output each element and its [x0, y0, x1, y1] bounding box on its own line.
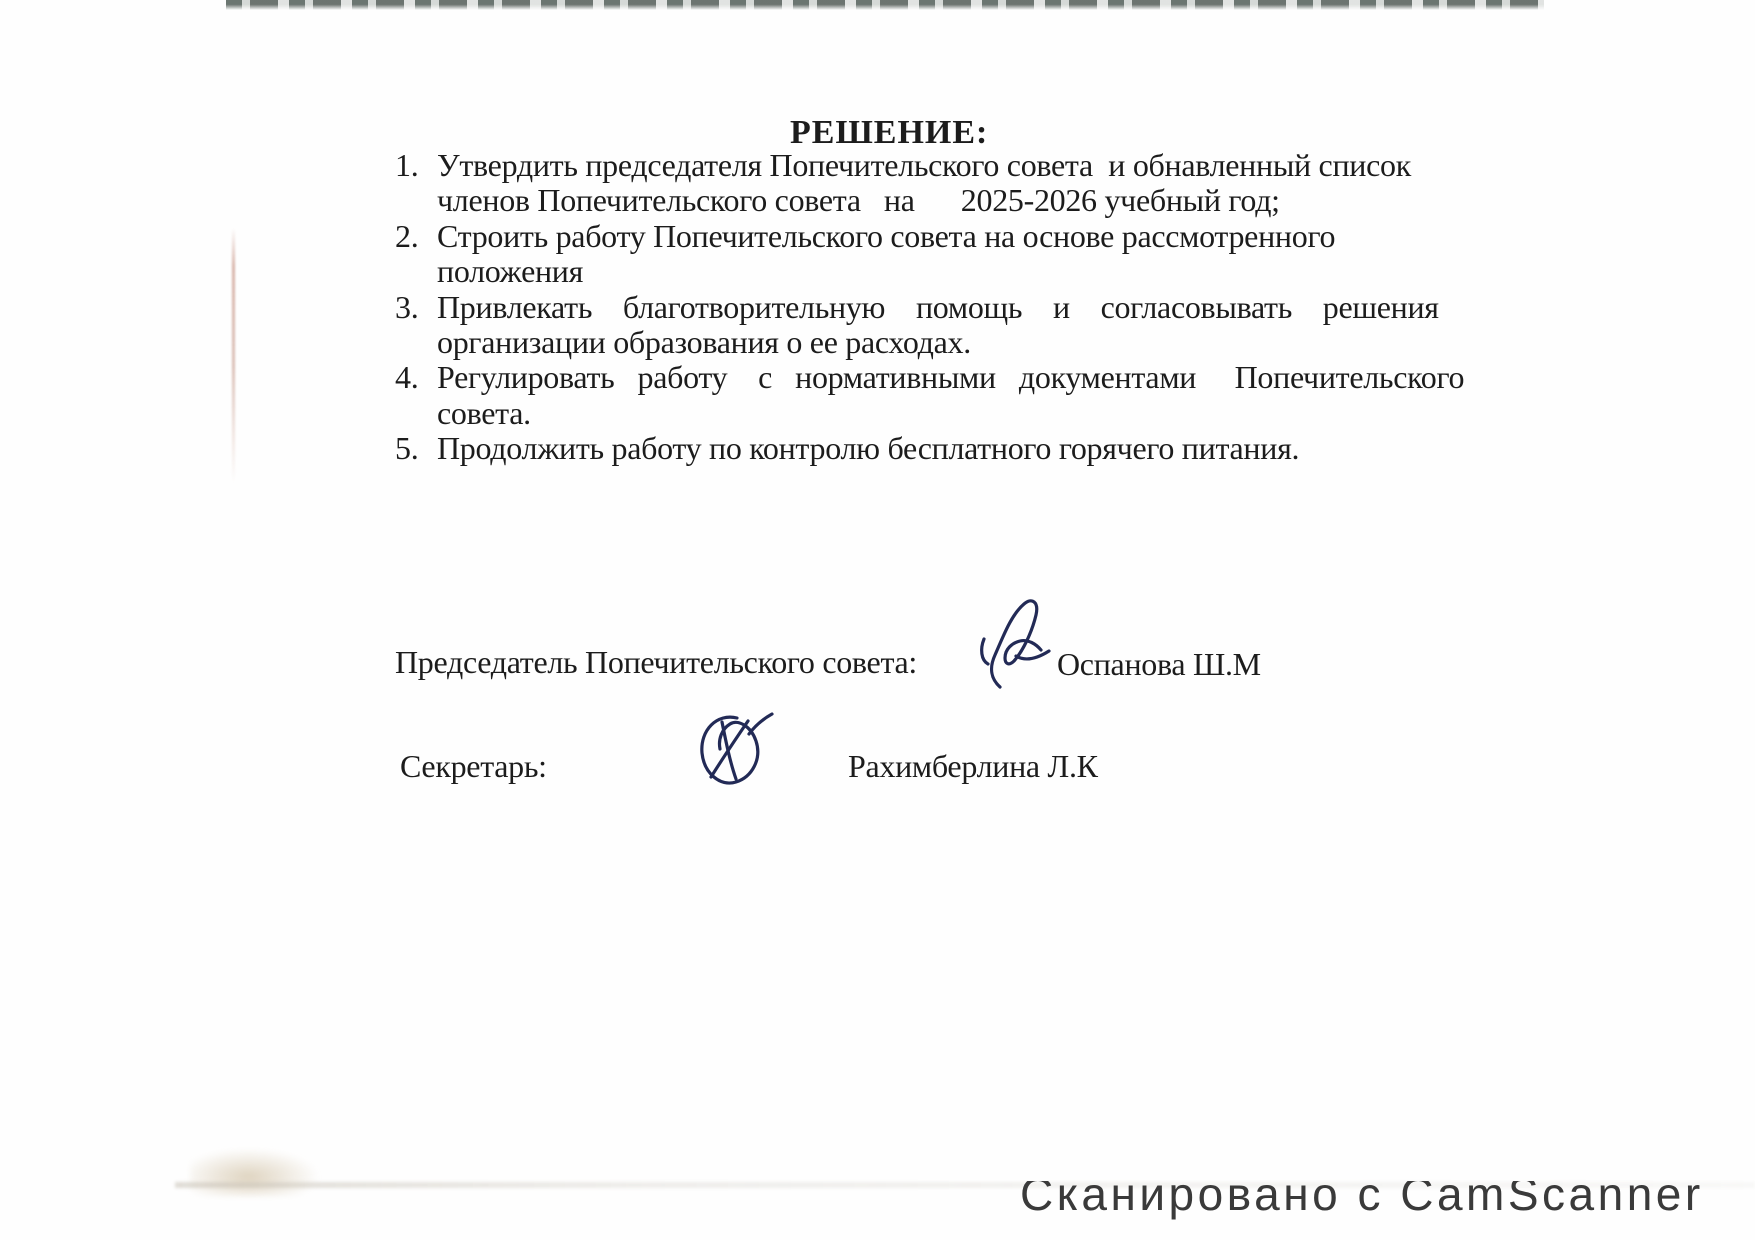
list-item-number: 1.: [395, 148, 437, 219]
camscanner-watermark: Сканировано с CamScanner: [1020, 1181, 1753, 1225]
secretary-role-label: Секретарь:: [400, 748, 547, 784]
list-item-line: Привлекать благотворительную помощь и со…: [437, 290, 1410, 325]
list-item-number: 5.: [395, 431, 437, 466]
list-item: 5. Продолжить работу по контролю бесплат…: [395, 431, 1410, 466]
list-item-line: членов Попечительского совета на 2025-20…: [437, 183, 1410, 218]
list-item-line: совета.: [437, 396, 1410, 431]
list-item-line: организации образования о ее расходах.: [437, 325, 1410, 360]
secretary-signature: [691, 711, 781, 791]
scan-cutoff-text-band: [226, 0, 1544, 10]
secretary-name: Рахимберлина Л.К: [848, 748, 1098, 784]
list-item-number: 2.: [395, 219, 437, 290]
scan-smudge-artifact: [190, 1148, 320, 1196]
camscanner-watermark-text: Сканировано с CamScanner: [1020, 1181, 1753, 1221]
list-item-line: Регулировать работу с нормативными докум…: [437, 360, 1410, 395]
list-item-line: Продолжить работу по контролю бесплатног…: [437, 431, 1410, 466]
chairman-signature: [978, 597, 1058, 692]
list-item-number: 4.: [395, 360, 437, 431]
list-item-number: 3.: [395, 290, 437, 361]
list-item: 2. Строить работу Попечительского совета…: [395, 219, 1410, 290]
scanned-document-page: РЕШЕНИЕ: 1. Утвердить председателя Попеч…: [0, 0, 1755, 1240]
list-item: 1. Утвердить председателя Попечительског…: [395, 148, 1410, 219]
list-item-line: положения: [437, 254, 1410, 289]
decision-list: 1. Утвердить председателя Попечительског…: [395, 148, 1410, 467]
list-item-line: Утвердить председателя Попечительского с…: [437, 148, 1410, 183]
list-item: 4. Регулировать работу с нормативными до…: [395, 360, 1410, 431]
chairman-name: Оспанова Ш.М: [1057, 646, 1261, 682]
list-item-line: Строить работу Попечительского совета на…: [437, 219, 1410, 254]
paper-edge-artifact: [232, 228, 235, 483]
list-item: 3. Привлекать благотворительную помощь и…: [395, 290, 1410, 361]
chairman-role-label: Председатель Попечительского совета:: [395, 644, 917, 680]
